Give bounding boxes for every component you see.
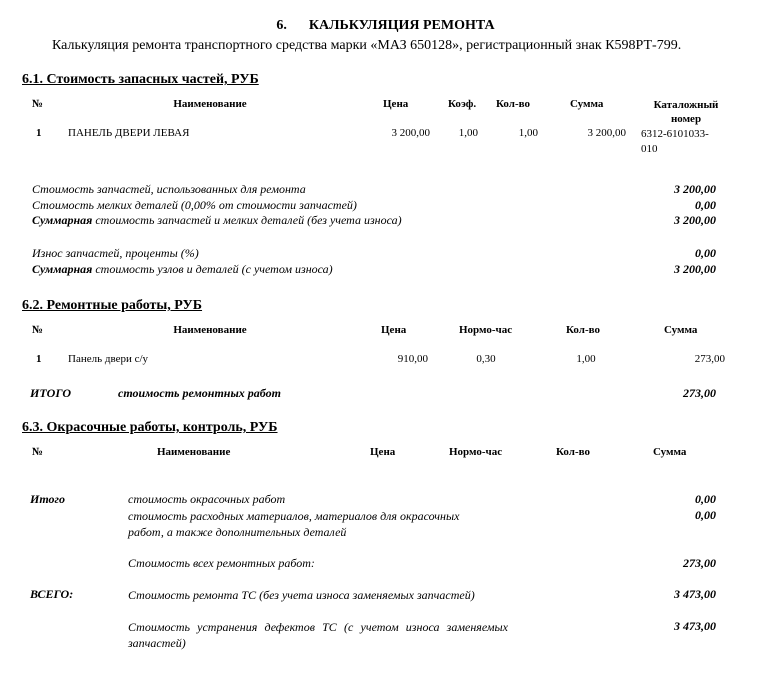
paint-line-value: 0,00	[600, 492, 716, 507]
col-qty: Кол-во	[556, 446, 590, 458]
row-price: 3 200,00	[370, 127, 430, 139]
total-value: 273,00	[600, 386, 716, 401]
paint-line: стоимость расходных материалов, материал…	[128, 508, 468, 540]
row-no: 1	[36, 127, 42, 139]
col-sum: Сумма	[653, 446, 686, 458]
row-sum: 3 200,00	[566, 127, 626, 139]
col-price: Цена	[381, 324, 406, 336]
col-price: Цена	[370, 446, 395, 458]
section-parts-heading: 6.1. Стоимость запасных частей, РУБ	[22, 72, 259, 88]
grand-total-value: 3 473,00	[600, 619, 716, 634]
col-sum: Сумма	[664, 324, 697, 336]
col-name: Наименование	[157, 446, 230, 458]
summary-label: Суммарная стоимость узлов и деталей (с у…	[32, 262, 333, 277]
document-title: 6.КАЛЬКУЛЯЦИЯ РЕМОНТА	[0, 18, 771, 34]
summary-label: Суммарная стоимость запчастей и мелких д…	[32, 213, 402, 228]
col-qty: Кол-во	[566, 324, 600, 336]
col-hours: Нормо-час	[449, 446, 502, 458]
summary-value: 3 200,00	[600, 262, 716, 277]
summary-value: 0,00	[600, 246, 716, 261]
col-qty: Кол-во	[496, 98, 530, 110]
row-qty: 1,00	[500, 127, 538, 139]
row-price: 910,00	[370, 353, 428, 365]
col-price: Цена	[383, 98, 408, 110]
paint-line-value: 0,00	[600, 508, 716, 523]
grand-total-value: 3 473,00	[600, 587, 716, 602]
col-coef: Коэф.	[448, 98, 476, 110]
row-name: ПАНЕЛЬ ДВЕРИ ЛЕВАЯ	[68, 127, 189, 139]
grand-total-label: ВСЕГО:	[30, 587, 73, 602]
all-repair-value: 273,00	[600, 556, 716, 571]
col-sum: Сумма	[570, 98, 603, 110]
row-sum: 273,00	[670, 353, 725, 365]
title-number: 6.	[276, 18, 287, 33]
col-hours: Нормо-час	[459, 324, 512, 336]
col-no: №	[32, 446, 43, 458]
all-repair-label: Стоимость всех ремонтных работ:	[128, 556, 315, 571]
col-catalog: Каталожный номер	[640, 98, 732, 126]
summary-value: 0,00	[600, 198, 716, 213]
row-coef: 1,00	[440, 127, 478, 139]
row-hours: 0,30	[466, 353, 506, 365]
summary-value: 3 200,00	[600, 213, 716, 228]
grand-total-line: Стоимость ремонта ТС (без учета износа з…	[128, 587, 508, 603]
row-no: 1	[36, 353, 42, 365]
total-label: Итого	[30, 492, 65, 507]
total-text: стоимость ремонтных работ	[118, 386, 281, 401]
total-label: ИТОГО	[30, 386, 71, 401]
row-catalog: 6312-6101033-010	[641, 127, 721, 157]
grand-total-line: Стоимость устранения дефектов ТС (с учет…	[128, 619, 508, 651]
col-name: Наименование	[90, 324, 330, 336]
section-repair-heading: 6.2. Ремонтные работы, РУБ	[22, 298, 202, 314]
col-name: Наименование	[100, 98, 320, 110]
section-paint-heading: 6.3. Окрасочные работы, контроль, РУБ	[22, 420, 278, 436]
intro-text: Калькуляция ремонта транспортного средст…	[52, 38, 712, 54]
row-name: Панель двери с/у	[68, 353, 148, 365]
col-no: №	[32, 324, 43, 336]
summary-value: 3 200,00	[600, 182, 716, 197]
col-no: №	[32, 98, 43, 110]
summary-label: Износ запчастей, проценты (%)	[32, 246, 199, 261]
title-text: КАЛЬКУЛЯЦИЯ РЕМОНТА	[309, 18, 495, 33]
row-qty: 1,00	[566, 353, 606, 365]
summary-label: Стоимость мелких деталей (0,00% от стоим…	[32, 198, 357, 213]
summary-label: Стоимость запчастей, использованных для …	[32, 182, 306, 197]
paint-line: стоимость окрасочных работ	[128, 492, 285, 507]
